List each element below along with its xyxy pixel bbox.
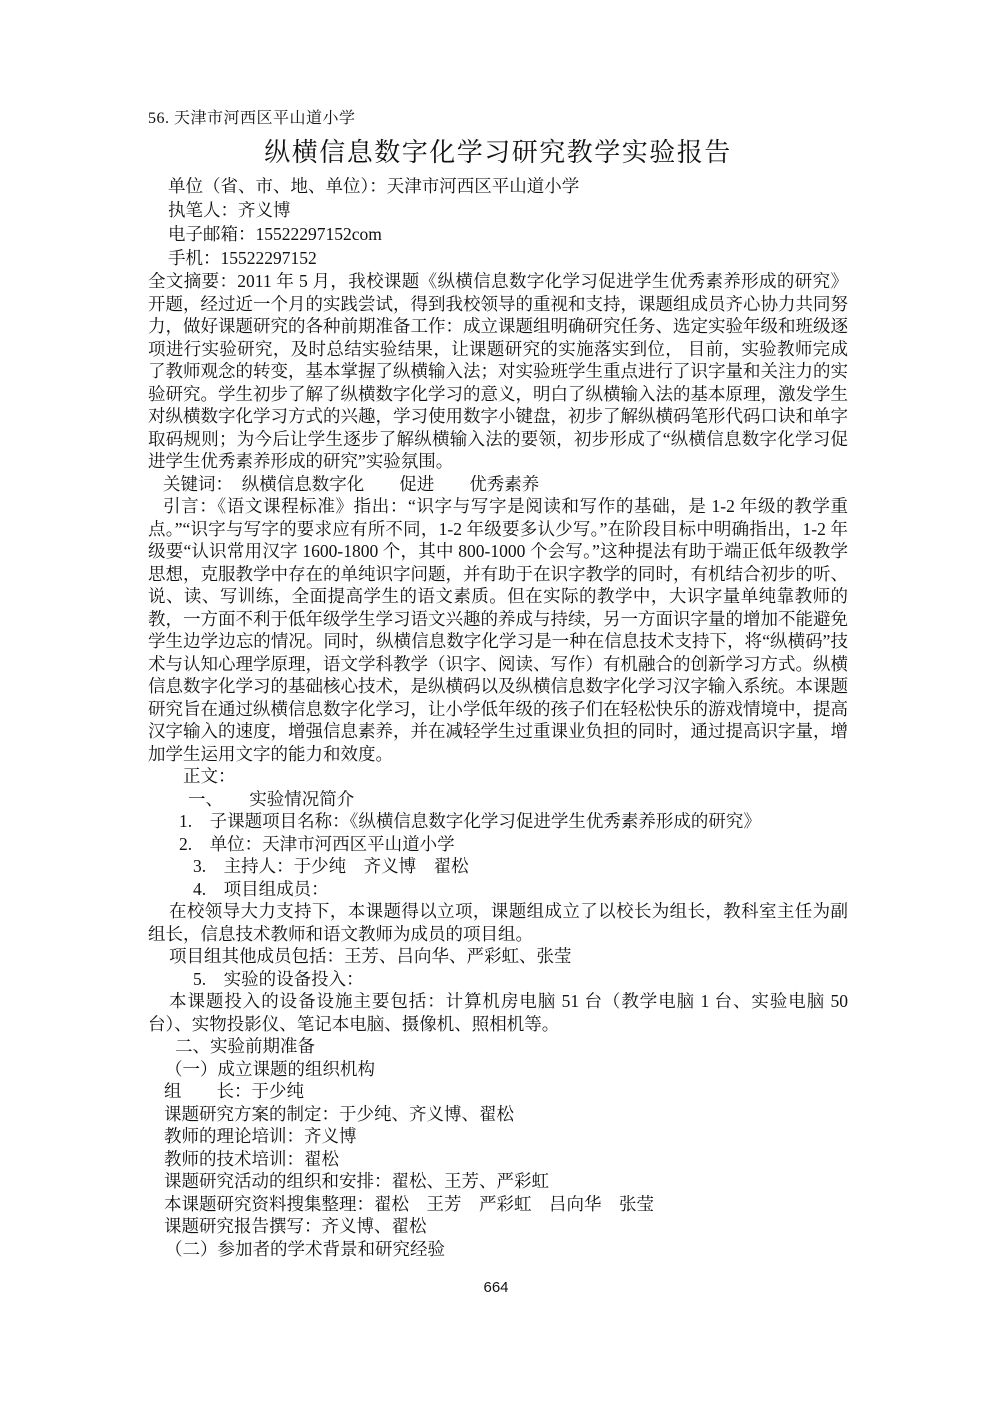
document-content: 56. 天津市河西区平山道小学 纵横信息数字化学习研究教学实验报告 单位（省、市… bbox=[148, 108, 848, 1260]
equipment-paragraph: 本课题投入的设备设施主要包括：计算机房电脑 51 台（教学电脑 1 台、实验电脑… bbox=[148, 990, 848, 1035]
line-theory-training: 教师的理论培训：齐义博 bbox=[148, 1125, 848, 1148]
item-unit: 2. 单位：天津市河西区平山道小学 bbox=[148, 833, 848, 856]
meta-unit: 单位（省、市、地、单位）：天津市河西区平山道小学 bbox=[148, 174, 848, 198]
body-label: 正文： bbox=[148, 765, 848, 788]
meta-author: 执笔人：齐义博 bbox=[148, 198, 848, 222]
section-heading-1: 一、 实验情况简介 bbox=[148, 788, 848, 811]
meta-phone: 手机：15522297152 bbox=[148, 246, 848, 270]
line-report-writers: 课题研究报告撰写：齐义博、翟松 bbox=[148, 1215, 848, 1238]
item-subproject-name: 1. 子课题项目名称：《纵横信息数字化学习促进学生优秀素养形成的研究》 bbox=[148, 810, 848, 833]
project-group-paragraph: 在校领导大力支持下，本课题得以立项，课题组成立了以校长为组长，教科室主任为副组长… bbox=[148, 900, 848, 945]
other-members-line: 项目组其他成员包括：王芳、吕向华、严彩虹、张莹 bbox=[148, 945, 848, 968]
meta-email: 电子邮箱：15522297152com bbox=[148, 222, 848, 246]
item-project-members: 4. 项目组成员： bbox=[148, 878, 848, 901]
line-group-leader: 组 长：于少纯 bbox=[148, 1080, 848, 1103]
item-hosts: 3. 主持人：于少纯 齐义博 翟松 bbox=[148, 855, 848, 878]
document-title: 纵横信息数字化学习研究教学实验报告 bbox=[148, 136, 848, 170]
subsection-background: （二）参加者的学术背景和研究经验 bbox=[148, 1238, 848, 1261]
subsection-org-structure: （一）成立课题的组织机构 bbox=[148, 1058, 848, 1081]
line-activity-organizers: 课题研究活动的组织和安排：翟松、王芳、严彩虹 bbox=[148, 1170, 848, 1193]
introduction-paragraph: 引言：《语文课程标准》指出：“识字与写字是阅读和写作的基础，是 1-2 年级的教… bbox=[148, 495, 848, 765]
item-equipment: 5. 实验的设备投入： bbox=[148, 968, 848, 991]
line-tech-training: 教师的技术培训：翟松 bbox=[148, 1148, 848, 1171]
page-number: 664 bbox=[0, 1278, 992, 1298]
meta-block: 单位（省、市、地、单位）：天津市河西区平山道小学 执笔人：齐义博 电子邮箱：15… bbox=[148, 174, 848, 270]
line-data-collectors: 本课题研究资料搜集整理：翟松 王芳 严彩虹 吕向华 张莹 bbox=[148, 1193, 848, 1216]
keywords-line: 关键词： 纵横信息数字化 促进 优秀素养 bbox=[148, 473, 848, 496]
line-plan-makers: 课题研究方案的制定：于少纯、齐义博、翟松 bbox=[148, 1103, 848, 1126]
section-heading-2: 二、实验前期准备 bbox=[148, 1035, 848, 1058]
abstract-paragraph: 全文摘要：2011 年 5 月，我校课题《纵横信息数字化学习促进学生优秀素养形成… bbox=[148, 270, 848, 473]
document-page: 56. 天津市河西区平山道小学 纵横信息数字化学习研究教学实验报告 单位（省、市… bbox=[0, 0, 992, 1403]
school-header-label: 56. 天津市河西区平山道小学 bbox=[148, 108, 848, 130]
